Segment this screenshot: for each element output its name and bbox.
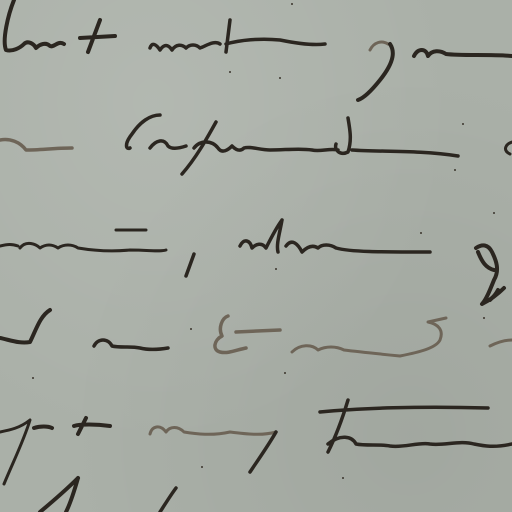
letter-page: last week you …m Lafrinder … …ceran, whi… [0, 0, 512, 512]
line-2-ink [0, 115, 512, 174]
line-4-ink [0, 290, 512, 356]
line-5-ink [0, 400, 512, 484]
handwriting-ink [0, 0, 512, 512]
line-3-ink [0, 220, 504, 304]
line-6-ink [40, 478, 176, 512]
line-1-ink [5, 0, 512, 100]
